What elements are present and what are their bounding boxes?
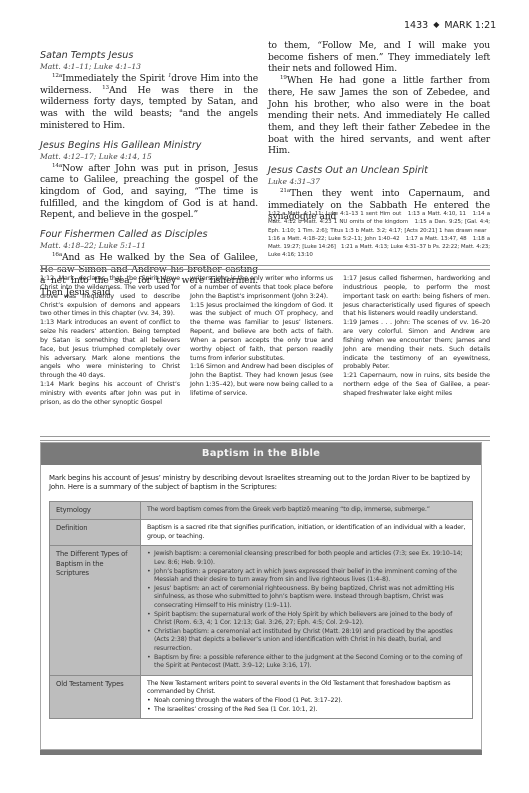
baptism-types-list: Jewish baptism: a ceremonial cleansing p…: [147, 550, 466, 670]
study-note: 1:14 Mark begins his account of Christ’s…: [40, 380, 180, 407]
list-item: Baptism by fire: a possible reference ei…: [147, 654, 466, 671]
chart-title: Baptism in the Bible: [41, 443, 481, 465]
verse-number: 12a: [52, 73, 62, 79]
cross-reference: 1:13 a Matt. 4:10, 11: [408, 211, 466, 217]
cross-reference: 1:12 a Matt. 4:1–11; Luke 4:1–13 1 sent …: [268, 211, 401, 217]
table-row: Definition Baptism is a sacred rite that…: [50, 520, 473, 546]
baptism-table: Etymology The word baptism comes from th…: [49, 501, 473, 719]
table-row: Old Testament Types The New Testament wr…: [50, 675, 473, 718]
verse-paragraph: to them, “Follow Me, and I will make you…: [268, 40, 490, 75]
page-number: 1433: [404, 20, 428, 31]
study-note: 1:12 Mark declares that the Spirit drove…: [40, 274, 180, 318]
study-notes-column-3: 1:17 Jesus called fishermen, hardworking…: [343, 274, 490, 398]
section-heading: Jesus Begins His Galilean Ministry: [40, 140, 258, 152]
verse-number: 13: [102, 85, 109, 91]
study-note: 1:13 Mark introduces an event of conflic…: [40, 318, 180, 380]
section-divider: [40, 265, 490, 270]
study-notes-column-2: writers. John is the only writer who inf…: [190, 274, 333, 398]
study-note: 1:19 James . . . John: The scenes of vv.…: [343, 318, 490, 371]
section-heading: Four Fishermen Called as Disciples: [40, 229, 258, 241]
section-heading: Satan Tempts Jesus: [40, 50, 258, 62]
parallel-reference: Matt. 4:12–17; Luke 4:14, 15: [40, 152, 258, 162]
row-content: The word baptism comes from the Greek ve…: [141, 502, 473, 520]
list-item: The Israelites’ crossing of the Red Sea …: [147, 706, 466, 715]
bible-page: 1433◆MARK 1:21 Satan Tempts Jesus Matt. …: [0, 0, 529, 793]
chapter-reference: MARK 1:21: [444, 20, 496, 31]
row-label: The Different Types of Baptism in the Sc…: [50, 546, 141, 675]
chart-intro: Mark begins his account of Jesus’ minist…: [49, 474, 473, 493]
list-item: Spirit baptism: the supernatural work of…: [147, 611, 466, 628]
study-note: 1:15 Jesus proclaimed the kingdom of God…: [190, 301, 333, 363]
study-note: 1:17 Jesus called fishermen, hardworking…: [343, 274, 490, 318]
section-divider: [40, 436, 490, 441]
row-content: The New Testament writers point to sever…: [141, 675, 473, 718]
parallel-reference: Luke 4:31–37: [268, 177, 490, 187]
verse-number: 16a: [52, 252, 62, 258]
row-content: Baptism is a sacred rite that signifies …: [141, 520, 473, 546]
verse-paragraph: 14aNow after John was put in prison, Jes…: [40, 163, 258, 222]
verse-number: 19: [280, 75, 287, 81]
verse-number: 21a: [280, 188, 290, 194]
list-item: Christian baptism: a ceremonial act inst…: [147, 628, 466, 654]
verse-paragraph: 19When He had gone a little farther from…: [268, 75, 490, 157]
chart-bottom-bar: [40, 750, 482, 755]
cross-reference: 1:16 a Matt. 4:18–22; Luke 5:2–11; John …: [268, 236, 400, 242]
list-item: Jesus’ baptism: an act of ceremonial rig…: [147, 585, 466, 611]
parallel-reference: Matt. 4:1–11; Luke 4:1–13: [40, 62, 258, 72]
verse-paragraph: 12aImmediately the Spirit 1drove Him int…: [40, 73, 258, 132]
list-item: John’s baptism: a preparatory act in whi…: [147, 568, 466, 585]
table-row: The Different Types of Baptism in the Sc…: [50, 546, 473, 675]
row-content: Jewish baptism: a ceremonial cleansing p…: [141, 546, 473, 675]
row-label: Etymology: [50, 502, 141, 520]
row-label: Old Testament Types: [50, 675, 141, 718]
study-note: writers. John is the only writer who inf…: [190, 274, 333, 301]
diamond-icon: ◆: [433, 20, 439, 29]
study-note: 1:21 Capernaum, now in ruins, sits besid…: [343, 371, 490, 398]
list-item: Jewish baptism: a ceremonial cleansing p…: [147, 550, 466, 567]
table-row: Etymology The word baptism comes from th…: [50, 502, 473, 520]
row-intro: The New Testament writers point to sever…: [147, 680, 466, 697]
parallel-reference: Matt. 4:18–22; Luke 5:1–11: [40, 241, 258, 251]
cross-reference: 1:17 a Matt. 13:47, 48: [406, 236, 467, 242]
list-item: Noah coming through the waters of the Fl…: [147, 697, 466, 706]
row-label: Definition: [50, 520, 141, 546]
cross-references: 1:12 a Matt. 4:1–11; Luke 4:1–13 1 sent …: [268, 210, 490, 260]
running-head: 1433◆MARK 1:21: [404, 20, 496, 31]
verse-number: 14a: [52, 162, 62, 168]
ot-types-list: Noah coming through the waters of the Fl…: [147, 697, 466, 714]
study-note: 1:16 Simon and Andrew had been disciples…: [190, 362, 333, 397]
baptism-chart: Baptism in the Bible Mark begins his acc…: [40, 442, 482, 750]
scripture-column-left: Satan Tempts Jesus Matt. 4:1–11; Luke 4:…: [40, 40, 258, 299]
scripture-column-right: to them, “Follow Me, and I will make you…: [268, 40, 490, 223]
study-notes-column-1: 1:12 Mark declares that the Spirit drove…: [40, 274, 180, 407]
section-heading: Jesus Casts Out an Unclean Spirit: [268, 165, 490, 177]
